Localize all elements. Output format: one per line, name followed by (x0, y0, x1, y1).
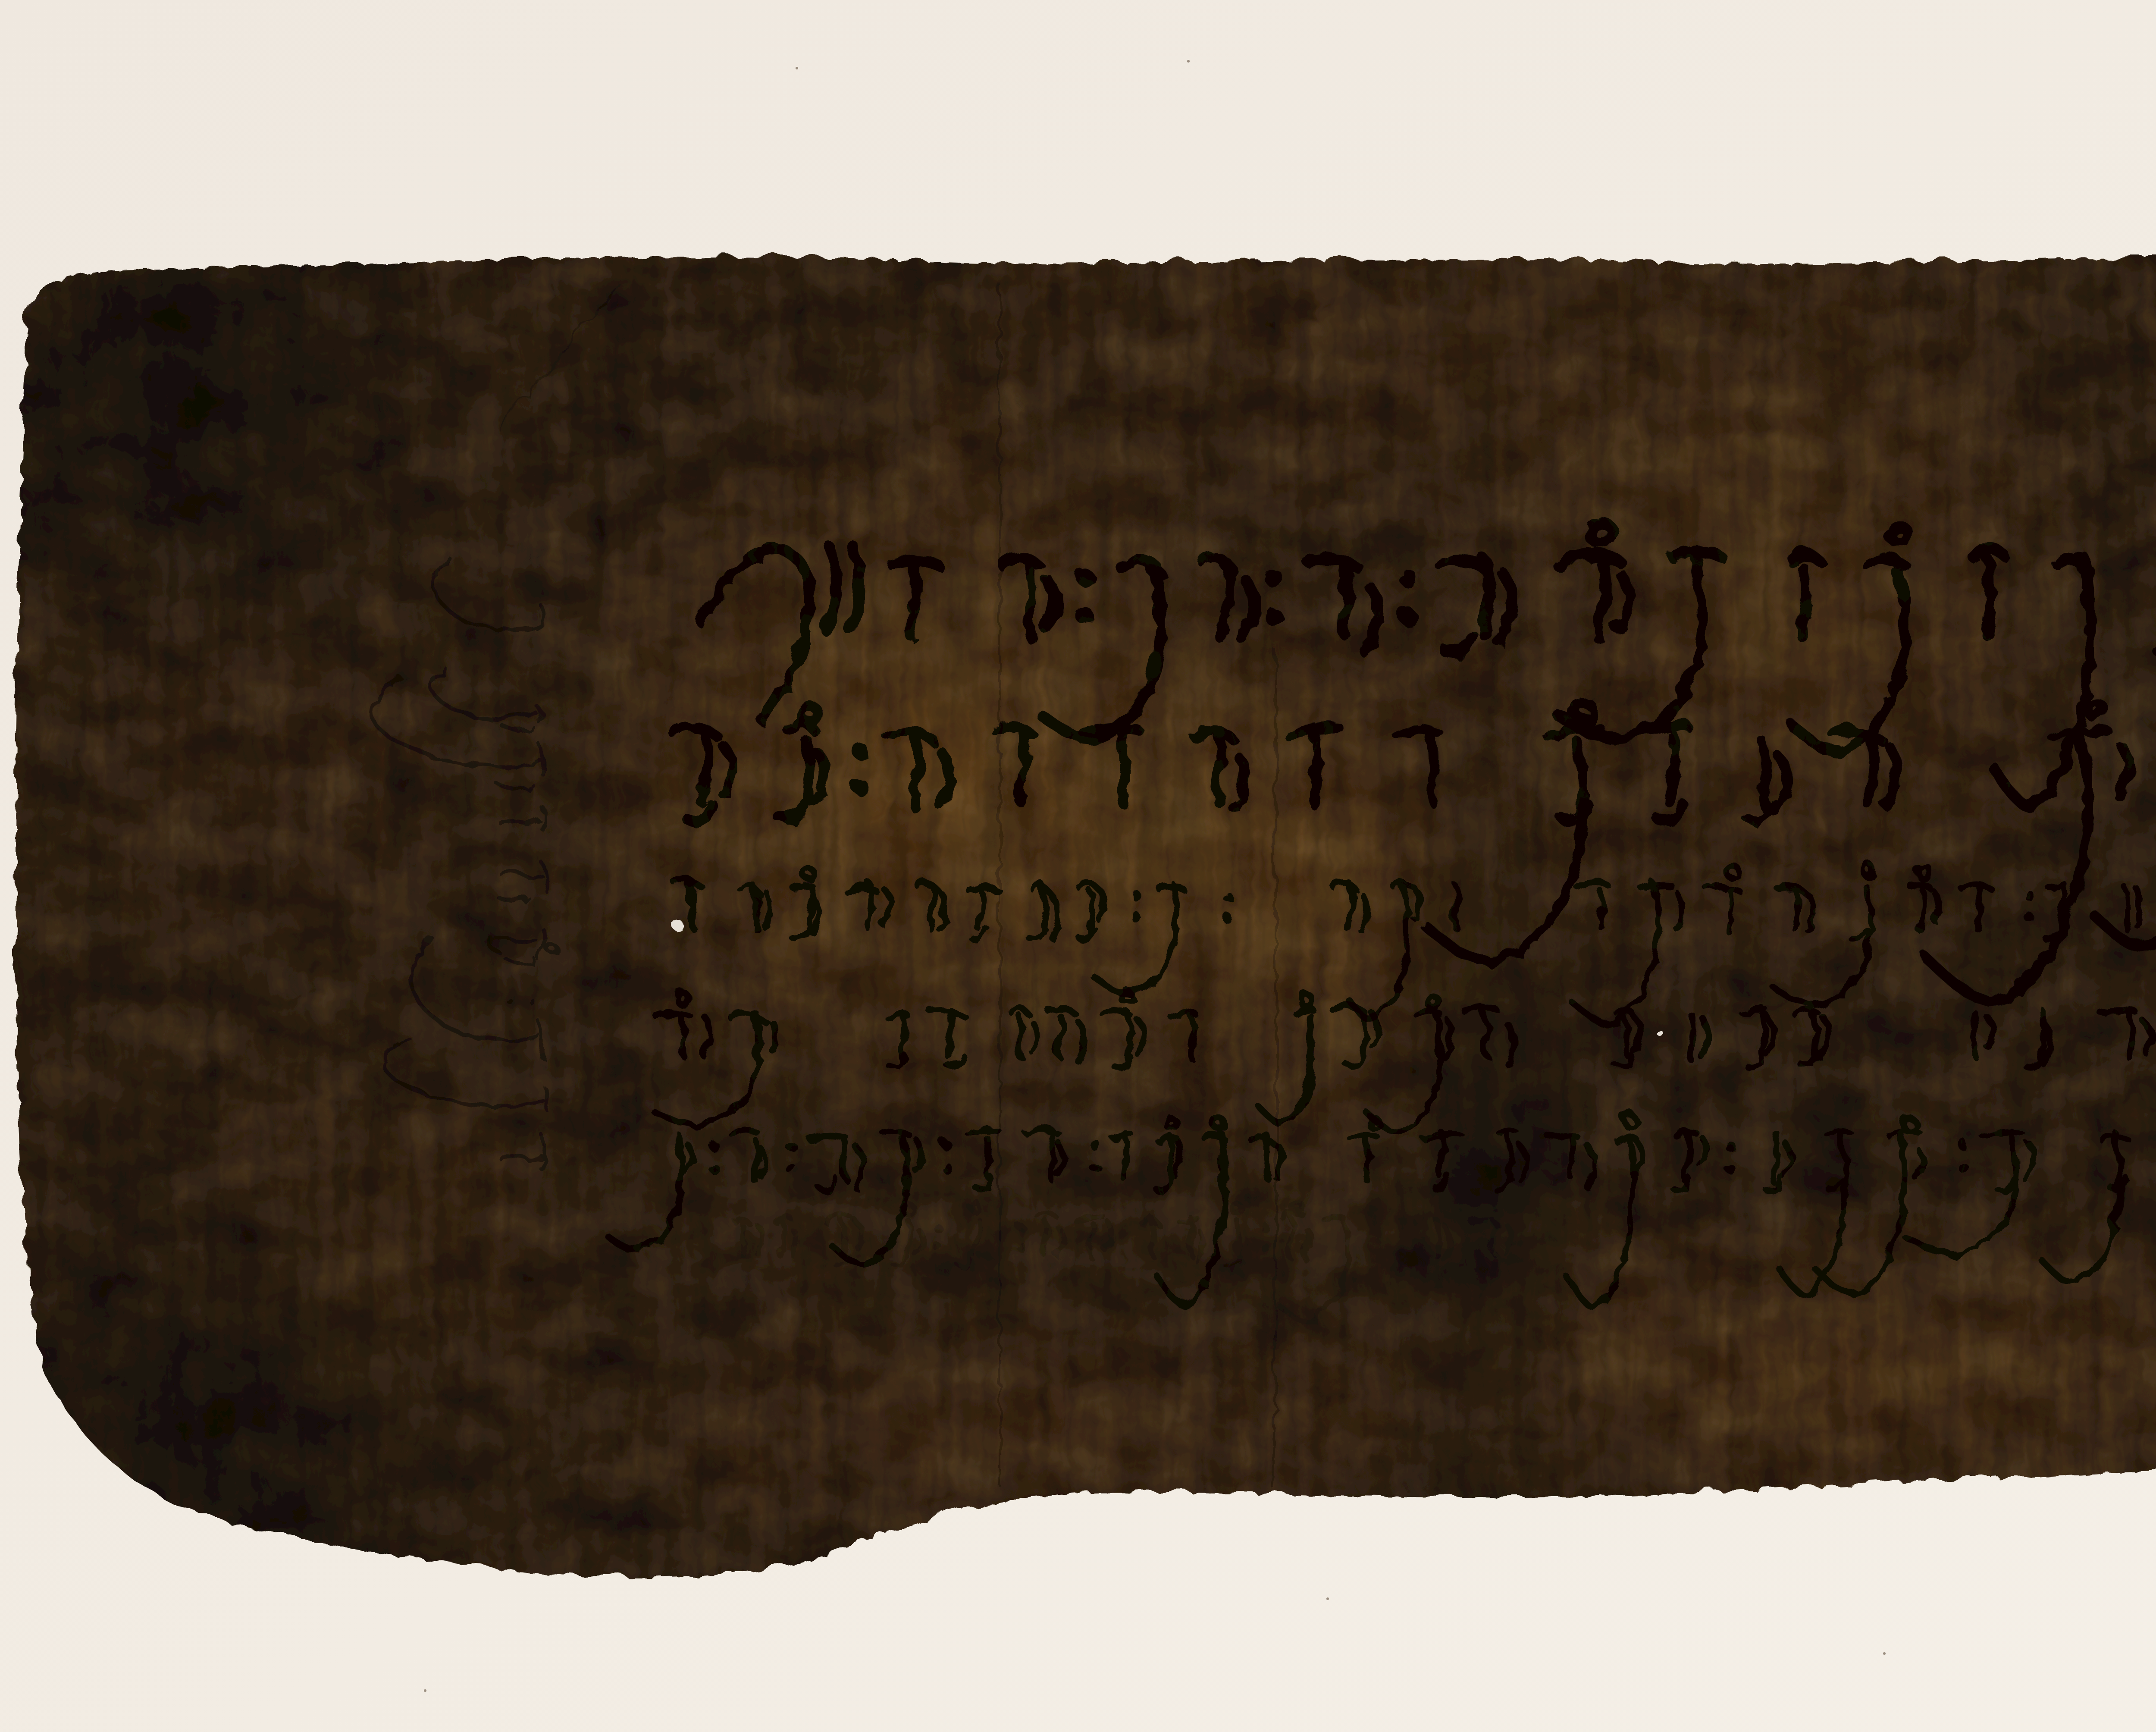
paper-texture (0, 173, 2156, 1639)
dust-speck (424, 1689, 426, 1692)
manuscript-folio (0, 173, 2156, 1639)
dust-speck (796, 67, 798, 69)
dust-speck (1326, 1597, 1329, 1600)
manuscript-photo (0, 0, 2156, 1732)
paper-hole-small (1654, 1027, 1660, 1033)
dust-speck (1883, 1652, 1886, 1655)
paper-hole (668, 916, 680, 927)
dust-speck (1187, 60, 1190, 63)
